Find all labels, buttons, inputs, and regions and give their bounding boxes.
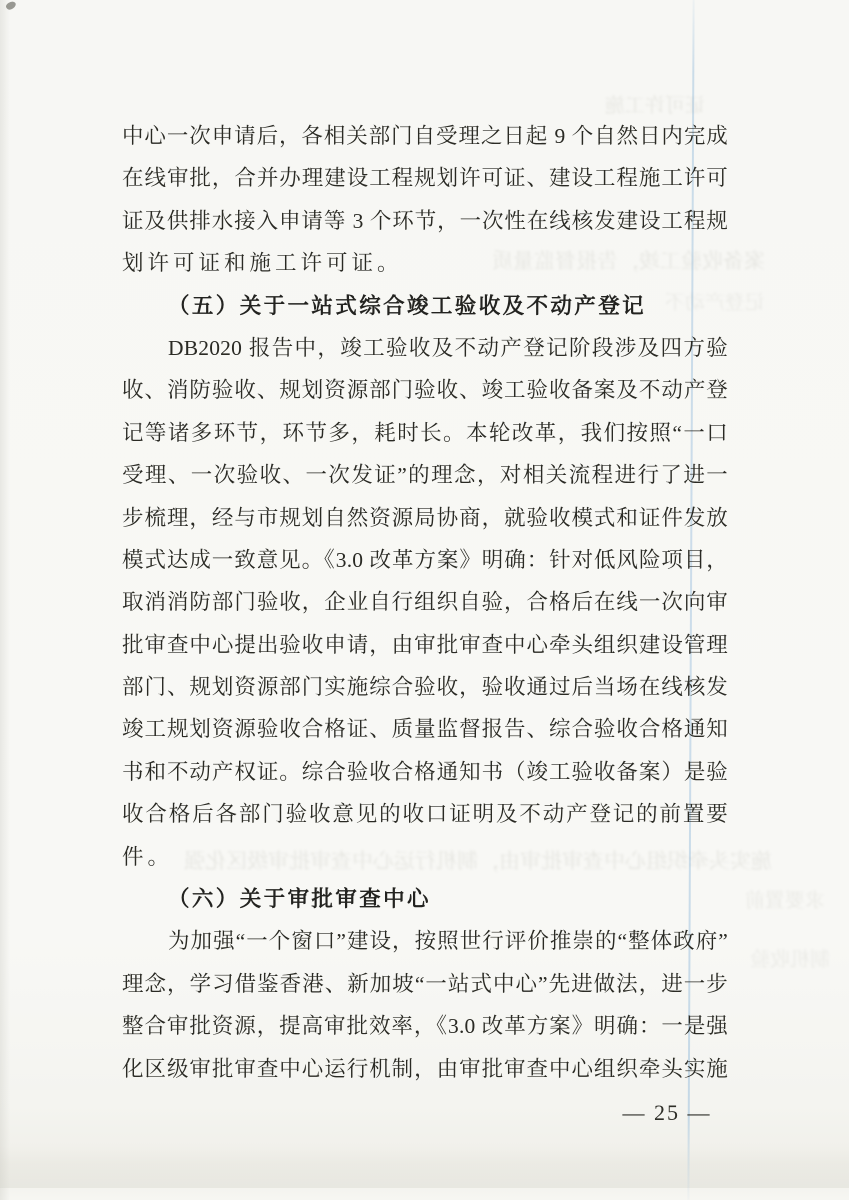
body-line: 取消消防部门验收，企业自行组织自验，合格后在线一次向审 bbox=[122, 581, 728, 623]
body-line: 记等诸多环节，环节多，耗时长。本轮改革，我们按照“一口 bbox=[122, 412, 728, 454]
body-line: 件。 bbox=[122, 836, 728, 878]
body-line: 步梳理，经与市规划自然资源局协商，就验收模式和证件发放 bbox=[122, 497, 728, 539]
body-line: 理念，学习借鉴香港、新加坡“一站式中心”先进做法，进一步 bbox=[122, 963, 728, 1005]
scan-edge-shadow-left bbox=[0, 0, 10, 1200]
body-line: 批审查中心提出验收申请，由审批审查中心牵头组织建设管理 bbox=[122, 624, 728, 666]
body-line: 在线审批，合并办理建设工程规划许可证、建设工程施工许可 bbox=[122, 157, 728, 199]
body-line: DB2020 报告中，竣工验收及不动产登记阶段涉及四方验 bbox=[122, 327, 728, 369]
body-line: 划许可证和施工许可证。 bbox=[122, 242, 728, 284]
body-line: 为加强“一个窗口”建设，按照世行评价推崇的“整体政府” bbox=[122, 920, 728, 962]
scanned-document-page: 证可许工施 案备收验工竣，告报督监量质 记登产动不 施实头牵织组心中查审批审由，… bbox=[0, 0, 849, 1200]
body-line: 收合格后各部门验收意见的收口证明及不动产登记的前置要 bbox=[122, 793, 728, 835]
body-line: 模式达成一致意见。《3.0 改革方案》明确：针对低风险项目， bbox=[122, 539, 728, 581]
body-line: 部门、规划资源部门实施综合验收，验收通过后当场在线核发 bbox=[122, 666, 728, 708]
scan-edge-shadow-bottom bbox=[0, 1146, 849, 1188]
body-line: 受理、一次验收、一次发证”的理念，对相关流程进行了进一 bbox=[122, 454, 728, 496]
body-line: 化区级审批审查中心运行机制，由审批审查中心组织牵头实施 bbox=[122, 1048, 728, 1090]
page-number: — 25 — bbox=[612, 1097, 722, 1129]
document-body: 中心一次申请后，各相关部门自受理之日起 9 个自然日内完成 在线审批，合并办理建… bbox=[122, 115, 728, 1090]
ghost-bleedthrough-text: 求要置前 bbox=[733, 889, 825, 913]
body-line: 整合审批资源，提高审批效率，《3.0 改革方案》明确：一是强 bbox=[122, 1005, 728, 1047]
section-heading-6: （六）关于审批审查中心 bbox=[122, 878, 728, 920]
body-line: 书和不动产权证。综合验收合格通知书（竣工验收备案）是验 bbox=[122, 751, 728, 793]
body-line: 收、消防验收、规划资源部门验收、竣工验收备案及不动产登 bbox=[122, 369, 728, 411]
body-line: 中心一次申请后，各相关部门自受理之日起 9 个自然日内完成 bbox=[122, 115, 728, 157]
body-line: 竣工规划资源验收合格证、质量监督报告、综合验收合格通知 bbox=[122, 708, 728, 750]
section-heading-5: （五）关于一站式综合竣工验收及不动产登记 bbox=[122, 285, 728, 327]
body-line: 证及供排水接入申请等 3 个环节，一次性在线核发建设工程规 bbox=[122, 200, 728, 242]
ghost-bleedthrough-text: 制机收验 bbox=[738, 948, 830, 972]
